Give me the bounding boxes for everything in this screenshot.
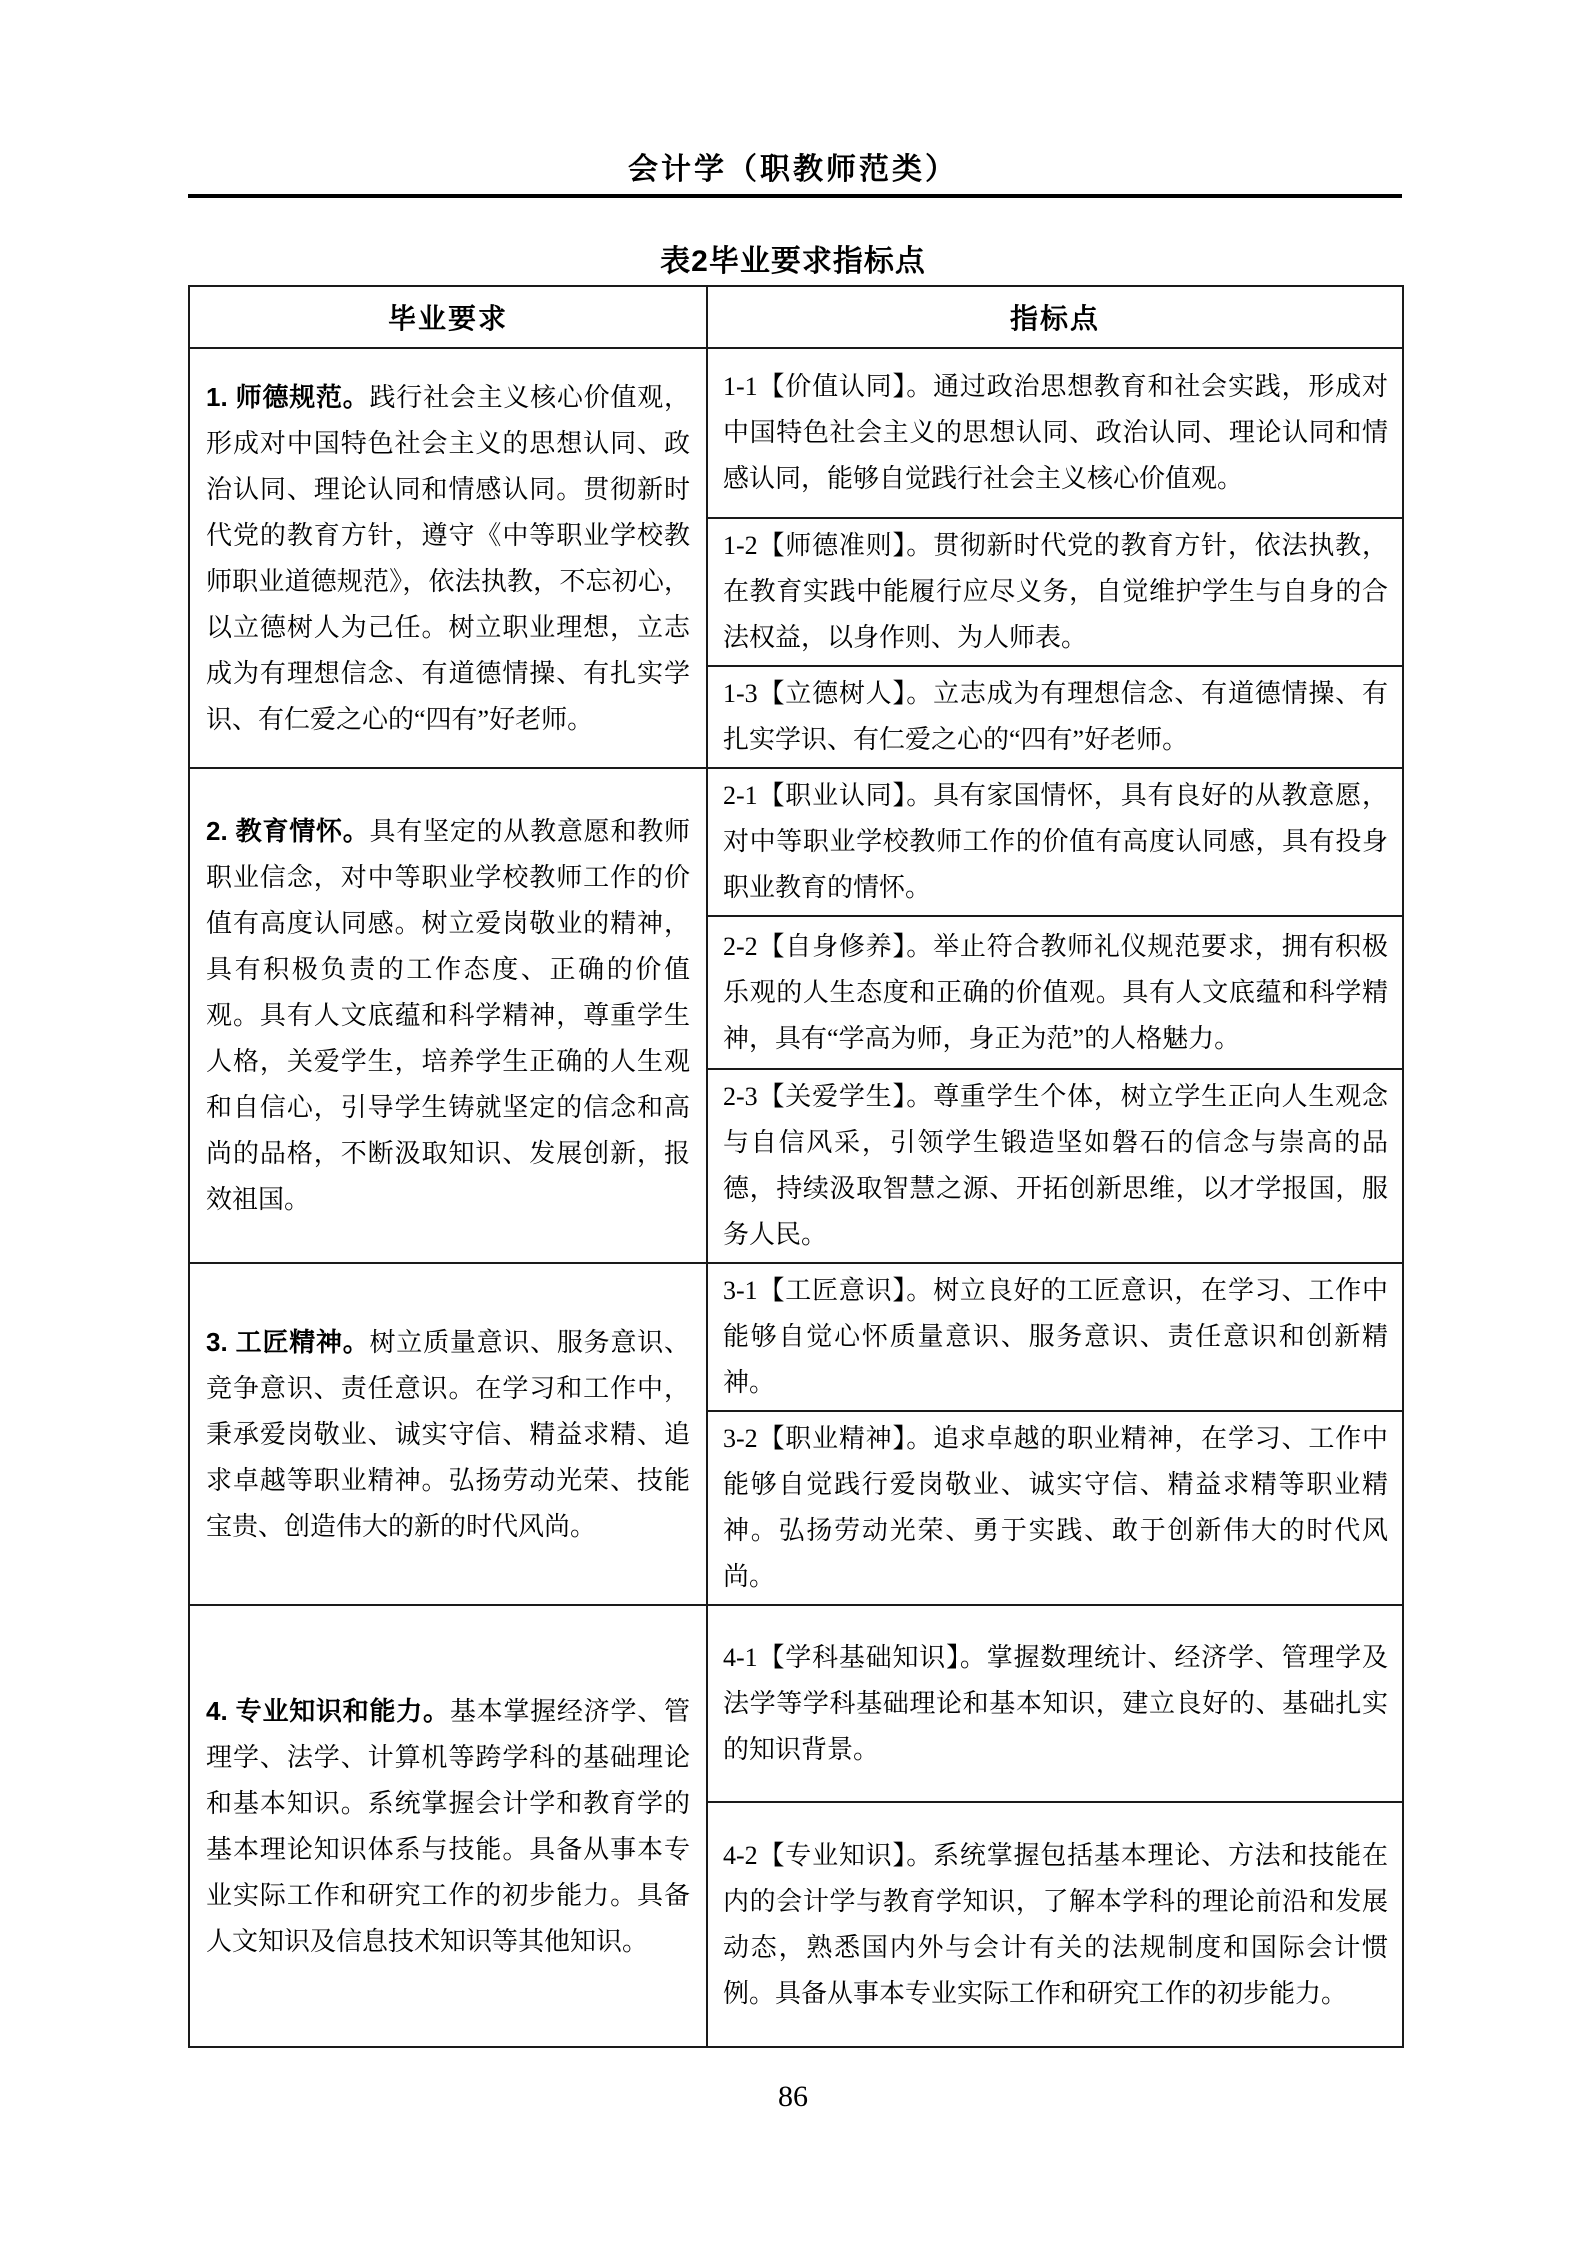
indicator-cell: 3-2【职业精神】。追求卓越的职业精神，在学习、工作中能够自觉践行爱岗敬业、诚实… — [707, 1411, 1403, 1605]
table-body: 1. 师德规范。践行社会主义核心价值观，形成对中国特色社会主义的思想认同、政治认… — [189, 348, 1403, 2047]
requirement-label: 3. 工匠精神。 — [206, 1327, 370, 1357]
indicator-cell: 4-1【学科基础知识】。掌握数理统计、经济学、管理学及法学等学科基础理论和基本知… — [707, 1605, 1403, 1802]
indicator-cell: 4-2【专业知识】。系统掌握包括基本理论、方法和技能在内的会计学与教育学知识，了… — [707, 1802, 1403, 2047]
table-row: 3. 工匠精神。树立质量意识、服务意识、竞争意识、责任意识。在学习和工作中，秉承… — [189, 1263, 1403, 1411]
col-header-requirement: 毕业要求 — [189, 286, 707, 348]
header-rule — [188, 194, 1402, 198]
page-number: 86 — [0, 2080, 1586, 2114]
requirement-text: 践行社会主义核心价值观，形成对中国特色社会主义的思想认同、政治认同、理论认同和情… — [206, 383, 690, 734]
requirement-cell: 1. 师德规范。践行社会主义核心价值观，形成对中国特色社会主义的思想认同、政治认… — [189, 348, 707, 768]
indicator-cell: 2-2【自身修养】。举止符合教师礼仪规范要求，拥有积极乐观的人生态度和正确的价值… — [707, 916, 1403, 1069]
indicator-cell: 1-3【立德树人】。立志成为有理想信念、有道德情操、有扎实学识、有仁爱之心的“四… — [707, 666, 1403, 768]
requirement-label: 4. 专业知识和能力。 — [206, 1696, 450, 1726]
requirement-text: 基本掌握经济学、管理学、法学、计算机等跨学科的基础理论和基本知识。系统掌握会计学… — [206, 1697, 690, 1956]
indicator-cell: 1-1【价值认同】。通过政治思想教育和社会实践，形成对中国特色社会主义的思想认同… — [707, 348, 1403, 518]
requirement-cell: 2. 教育情怀。具有坚定的从教意愿和教师职业信念，对中等职业学校教师工作的价值有… — [189, 768, 707, 1263]
requirement-label: 1. 师德规范。 — [206, 382, 370, 412]
requirement-text: 具有坚定的从教意愿和教师职业信念，对中等职业学校教师工作的价值有高度认同感。树立… — [206, 817, 690, 1214]
graduation-requirements-table: 毕业要求 指标点 1. 师德规范。践行社会主义核心价值观，形成对中国特色社会主义… — [188, 285, 1404, 2048]
page-header-title: 会计学（职教师范类） — [0, 144, 1586, 188]
requirement-cell: 3. 工匠精神。树立质量意识、服务意识、竞争意识、责任意识。在学习和工作中，秉承… — [189, 1263, 707, 1605]
requirement-label: 2. 教育情怀。 — [206, 816, 370, 846]
table-header-row: 毕业要求 指标点 — [189, 286, 1403, 348]
indicator-cell: 2-3【关爱学生】。尊重学生个体，树立学生正向人生观念与自信风采，引领学生锻造坚… — [707, 1069, 1403, 1263]
table-row: 4. 专业知识和能力。基本掌握经济学、管理学、法学、计算机等跨学科的基础理论和基… — [189, 1605, 1403, 1802]
table-title: 表2毕业要求指标点 — [0, 236, 1586, 280]
indicator-cell: 2-1【职业认同】。具有家国情怀，具有良好的从教意愿，对中等职业学校教师工作的价… — [707, 768, 1403, 916]
table-row: 1. 师德规范。践行社会主义核心价值观，形成对中国特色社会主义的思想认同、政治认… — [189, 348, 1403, 518]
requirement-cell: 4. 专业知识和能力。基本掌握经济学、管理学、法学、计算机等跨学科的基础理论和基… — [189, 1605, 707, 2047]
indicator-cell: 1-2【师德准则】。贯彻新时代党的教育方针，依法执教，在教育实践中能履行应尽义务… — [707, 518, 1403, 666]
table-row: 2. 教育情怀。具有坚定的从教意愿和教师职业信念，对中等职业学校教师工作的价值有… — [189, 768, 1403, 916]
indicator-cell: 3-1【工匠意识】。树立良好的工匠意识，在学习、工作中能够自觉心怀质量意识、服务… — [707, 1263, 1403, 1411]
requirement-text: 树立质量意识、服务意识、竞争意识、责任意识。在学习和工作中，秉承爱岗敬业、诚实守… — [206, 1328, 690, 1541]
col-header-indicator: 指标点 — [707, 286, 1403, 348]
